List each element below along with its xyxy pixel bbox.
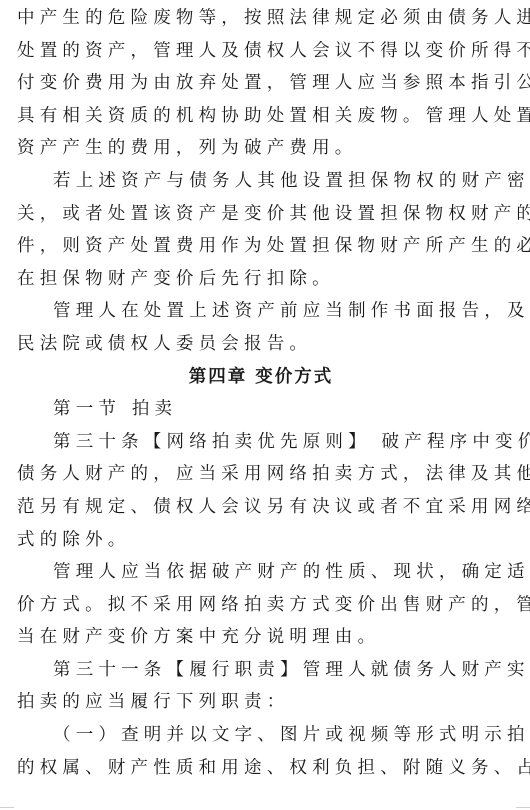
paragraph-line: 处置的资产，管理人及债权人会议不得以变价所得不足以支	[17, 35, 495, 68]
article-30-line: 范另有规定、债权人会议另有决议或者不宜采用网络拍卖方	[17, 491, 495, 524]
article-30-line: 当在财产变价方案中充分说明理由。	[17, 621, 495, 654]
article-30-line: 价方式。拟不采用网络拍卖方式变价出售财产的，管理人应	[17, 589, 495, 622]
article-30-line: 第三十条【网络拍卖优先原则】 破产程序中变价出售	[17, 426, 495, 459]
paragraph-line: 若上述资产与债务人其他设置担保物权的财产密切相	[17, 165, 495, 198]
article-31-line: 拍卖的应当履行下列职责：	[17, 686, 495, 719]
paragraph-line: 管理人在处置上述资产前应当制作书面报告，及时向人	[17, 295, 495, 328]
paragraph-line: 付变价费用为由放弃处置，管理人应当参照本指引公开选聘	[17, 67, 495, 100]
paragraph-line: 民法院或债权人委员会报告。	[17, 328, 495, 361]
paragraph-line: 在担保物财产变价后先行扣除。	[17, 263, 495, 296]
section-heading: 第一节 拍卖	[17, 393, 495, 426]
paragraph-line: 资产产生的费用，列为破产费用。	[17, 132, 495, 165]
document-page: 中产生的危险废物等，按照法律规定必须由债务人进行付费 处置的资产，管理人及债权人…	[17, 2, 495, 784]
paragraph-line: 关，或者处置该资产是变价其他设置担保物权财产的前提条	[17, 198, 495, 231]
chapter-number: 第四章	[189, 367, 248, 387]
article-31-line: （一）查明并以文字、图片或视频等形式明示拍卖财产	[17, 719, 495, 752]
paragraph-line: 具有相关资质的机构协助处置相关废物。管理人处置该部分	[17, 100, 495, 133]
article-31-line: 的权属、财产性质和用途、权利负担、附随义务、占有使用、	[17, 752, 495, 785]
article-30-line: 管理人应当依据破产财产的性质、现状，确定适当的变	[17, 556, 495, 589]
article-30-line: 式的除外。	[17, 524, 495, 557]
chapter-title: 变价方式	[255, 367, 333, 387]
chapter-heading: 第四章变价方式	[17, 361, 495, 394]
article-30-line: 债务人财产的，应当采用网络拍卖方式，法律及其他有关规	[17, 458, 495, 491]
article-31-line: 第三十一条【履行职责】管理人就债务人财产实施网络	[17, 654, 495, 687]
paragraph-line: 件，则资产处置费用作为处置担保物财产所产生的必要费用，	[17, 230, 495, 263]
paragraph-line: 中产生的危险废物等，按照法律规定必须由债务人进行付费	[17, 2, 495, 35]
